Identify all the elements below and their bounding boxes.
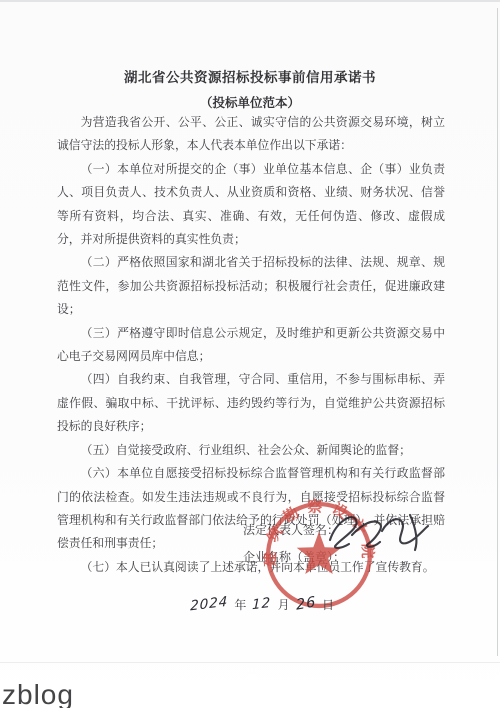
scan-bottom-edge [0, 662, 500, 663]
body-paragraph: （三）严格遵守即时信息公示规定，及时维护和更新公共资源交易中心电子交易网网员库中… [57, 322, 445, 369]
date-year-unit: 年 [234, 596, 246, 613]
body-paragraph: （二）严格依照国家和湖北省关于招标投标的法律、法规、规章、规范性文件，参加公共资… [57, 251, 445, 321]
date-day-unit: 日 [322, 596, 334, 613]
date-day-handwritten: 26 [295, 594, 316, 614]
body-paragraph: 为营造我省公开、公平、公正、诚实守信的公共资源交易环境，树立诚信守法的投标人形象… [57, 111, 445, 158]
date-year-handwritten: 2024 [190, 594, 228, 615]
date-month-handwritten: 12 [252, 595, 271, 613]
body-paragraph: （四）自我约束、自我管理，守合同、重信用，不参与围标串标、弄虚作假、骗取中标、干… [57, 368, 445, 438]
document-subtitle: （投标单位范本） [0, 93, 500, 111]
date-month-unit: 月 [278, 596, 290, 613]
body-paragraph: （五）自觉接受政府、行业组织、社会公众、新闻舆论的监督； [57, 439, 445, 462]
scanned-document-page: 湖北省公共资源招标投标事前信用承诺书 （投标单位范本） 为营造我省公开、公平、公… [0, 0, 500, 708]
handwritten-signature [322, 504, 444, 566]
date-line: 2024 年 12 月 26 日 [190, 591, 360, 617]
scan-top-edge [0, 0, 500, 2]
body-paragraph: （一）本单位对所提交的企（事）业单位基本信息、企（事）业负责人、项目负责人、技术… [57, 158, 445, 252]
document-title: 湖北省公共资源招标投标事前信用承诺书 [0, 66, 500, 86]
watermark-zblog: zblog [2, 679, 74, 708]
